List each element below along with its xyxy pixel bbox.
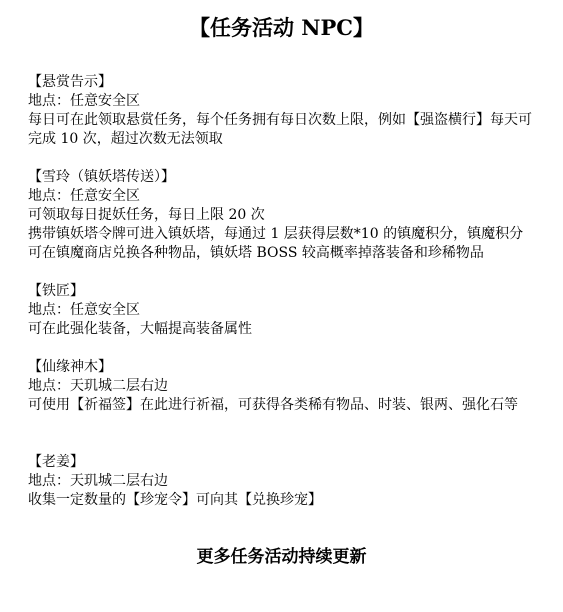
doc-footer: 更多任务活动持续更新 bbox=[28, 546, 535, 568]
section-line: 地点：任意安全区 bbox=[28, 92, 535, 111]
doc-title: 【任务活动 NPC】 bbox=[0, 15, 563, 41]
section-heading: 【老姜】 bbox=[28, 453, 535, 472]
section-line: 地点：天玑城二层右边 bbox=[28, 472, 535, 491]
section-bounty-notice: 【悬赏告示】 地点：任意安全区 每日可在此领取悬赏任务，每个任务拥有每日次数上限… bbox=[28, 73, 535, 149]
section-immortal-tree: 【仙缘神木】 地点：天玑城二层右边 可使用【祈福签】在此进行祈福，可获得各类稀有… bbox=[28, 358, 535, 415]
section-line: 地点：任意安全区 bbox=[28, 301, 535, 320]
section-line: 地点：任意安全区 bbox=[28, 187, 535, 206]
section-heading: 【悬赏告示】 bbox=[28, 73, 535, 92]
doc-body: 【悬赏告示】 地点：任意安全区 每日可在此领取悬赏任务，每个任务拥有每日次数上限… bbox=[28, 73, 535, 568]
section-line: 可在此强化装备，大幅提高装备属性 bbox=[28, 320, 535, 339]
section-line: 每日可在此领取悬赏任务，每个任务拥有每日次数上限，例如【强盗横行】每天可完成 1… bbox=[28, 111, 535, 149]
section-heading: 【仙缘神木】 bbox=[28, 358, 535, 377]
section-heading: 【雪玲（镇妖塔传送）】 bbox=[28, 168, 535, 187]
section-line: 携带镇妖塔令牌可进入镇妖塔，每通过 1 层获得层数*10 的镇魔积分，镇魔积分可… bbox=[28, 225, 535, 263]
section-line: 可领取每日捉妖任务，每日上限 20 次 bbox=[28, 206, 535, 225]
section-blacksmith: 【铁匠】 地点：任意安全区 可在此强化装备，大幅提高装备属性 bbox=[28, 282, 535, 339]
section-line: 可使用【祈福签】在此进行祈福，可获得各类稀有物品、时装、银两、强化石等 bbox=[28, 396, 535, 415]
section-heading: 【铁匠】 bbox=[28, 282, 535, 301]
section-line: 收集一定数量的【珍宠令】可向其【兑换珍宠】 bbox=[28, 491, 535, 510]
section-laojiang: 【老姜】 地点：天玑城二层右边 收集一定数量的【珍宠令】可向其【兑换珍宠】 bbox=[28, 453, 535, 510]
section-line: 地点：天玑城二层右边 bbox=[28, 377, 535, 396]
section-xueling-tower: 【雪玲（镇妖塔传送）】 地点：任意安全区 可领取每日捉妖任务，每日上限 20 次… bbox=[28, 168, 535, 263]
doc-page: 【任务活动 NPC】 【悬赏告示】 地点：任意安全区 每日可在此领取悬赏任务，每… bbox=[0, 0, 563, 612]
